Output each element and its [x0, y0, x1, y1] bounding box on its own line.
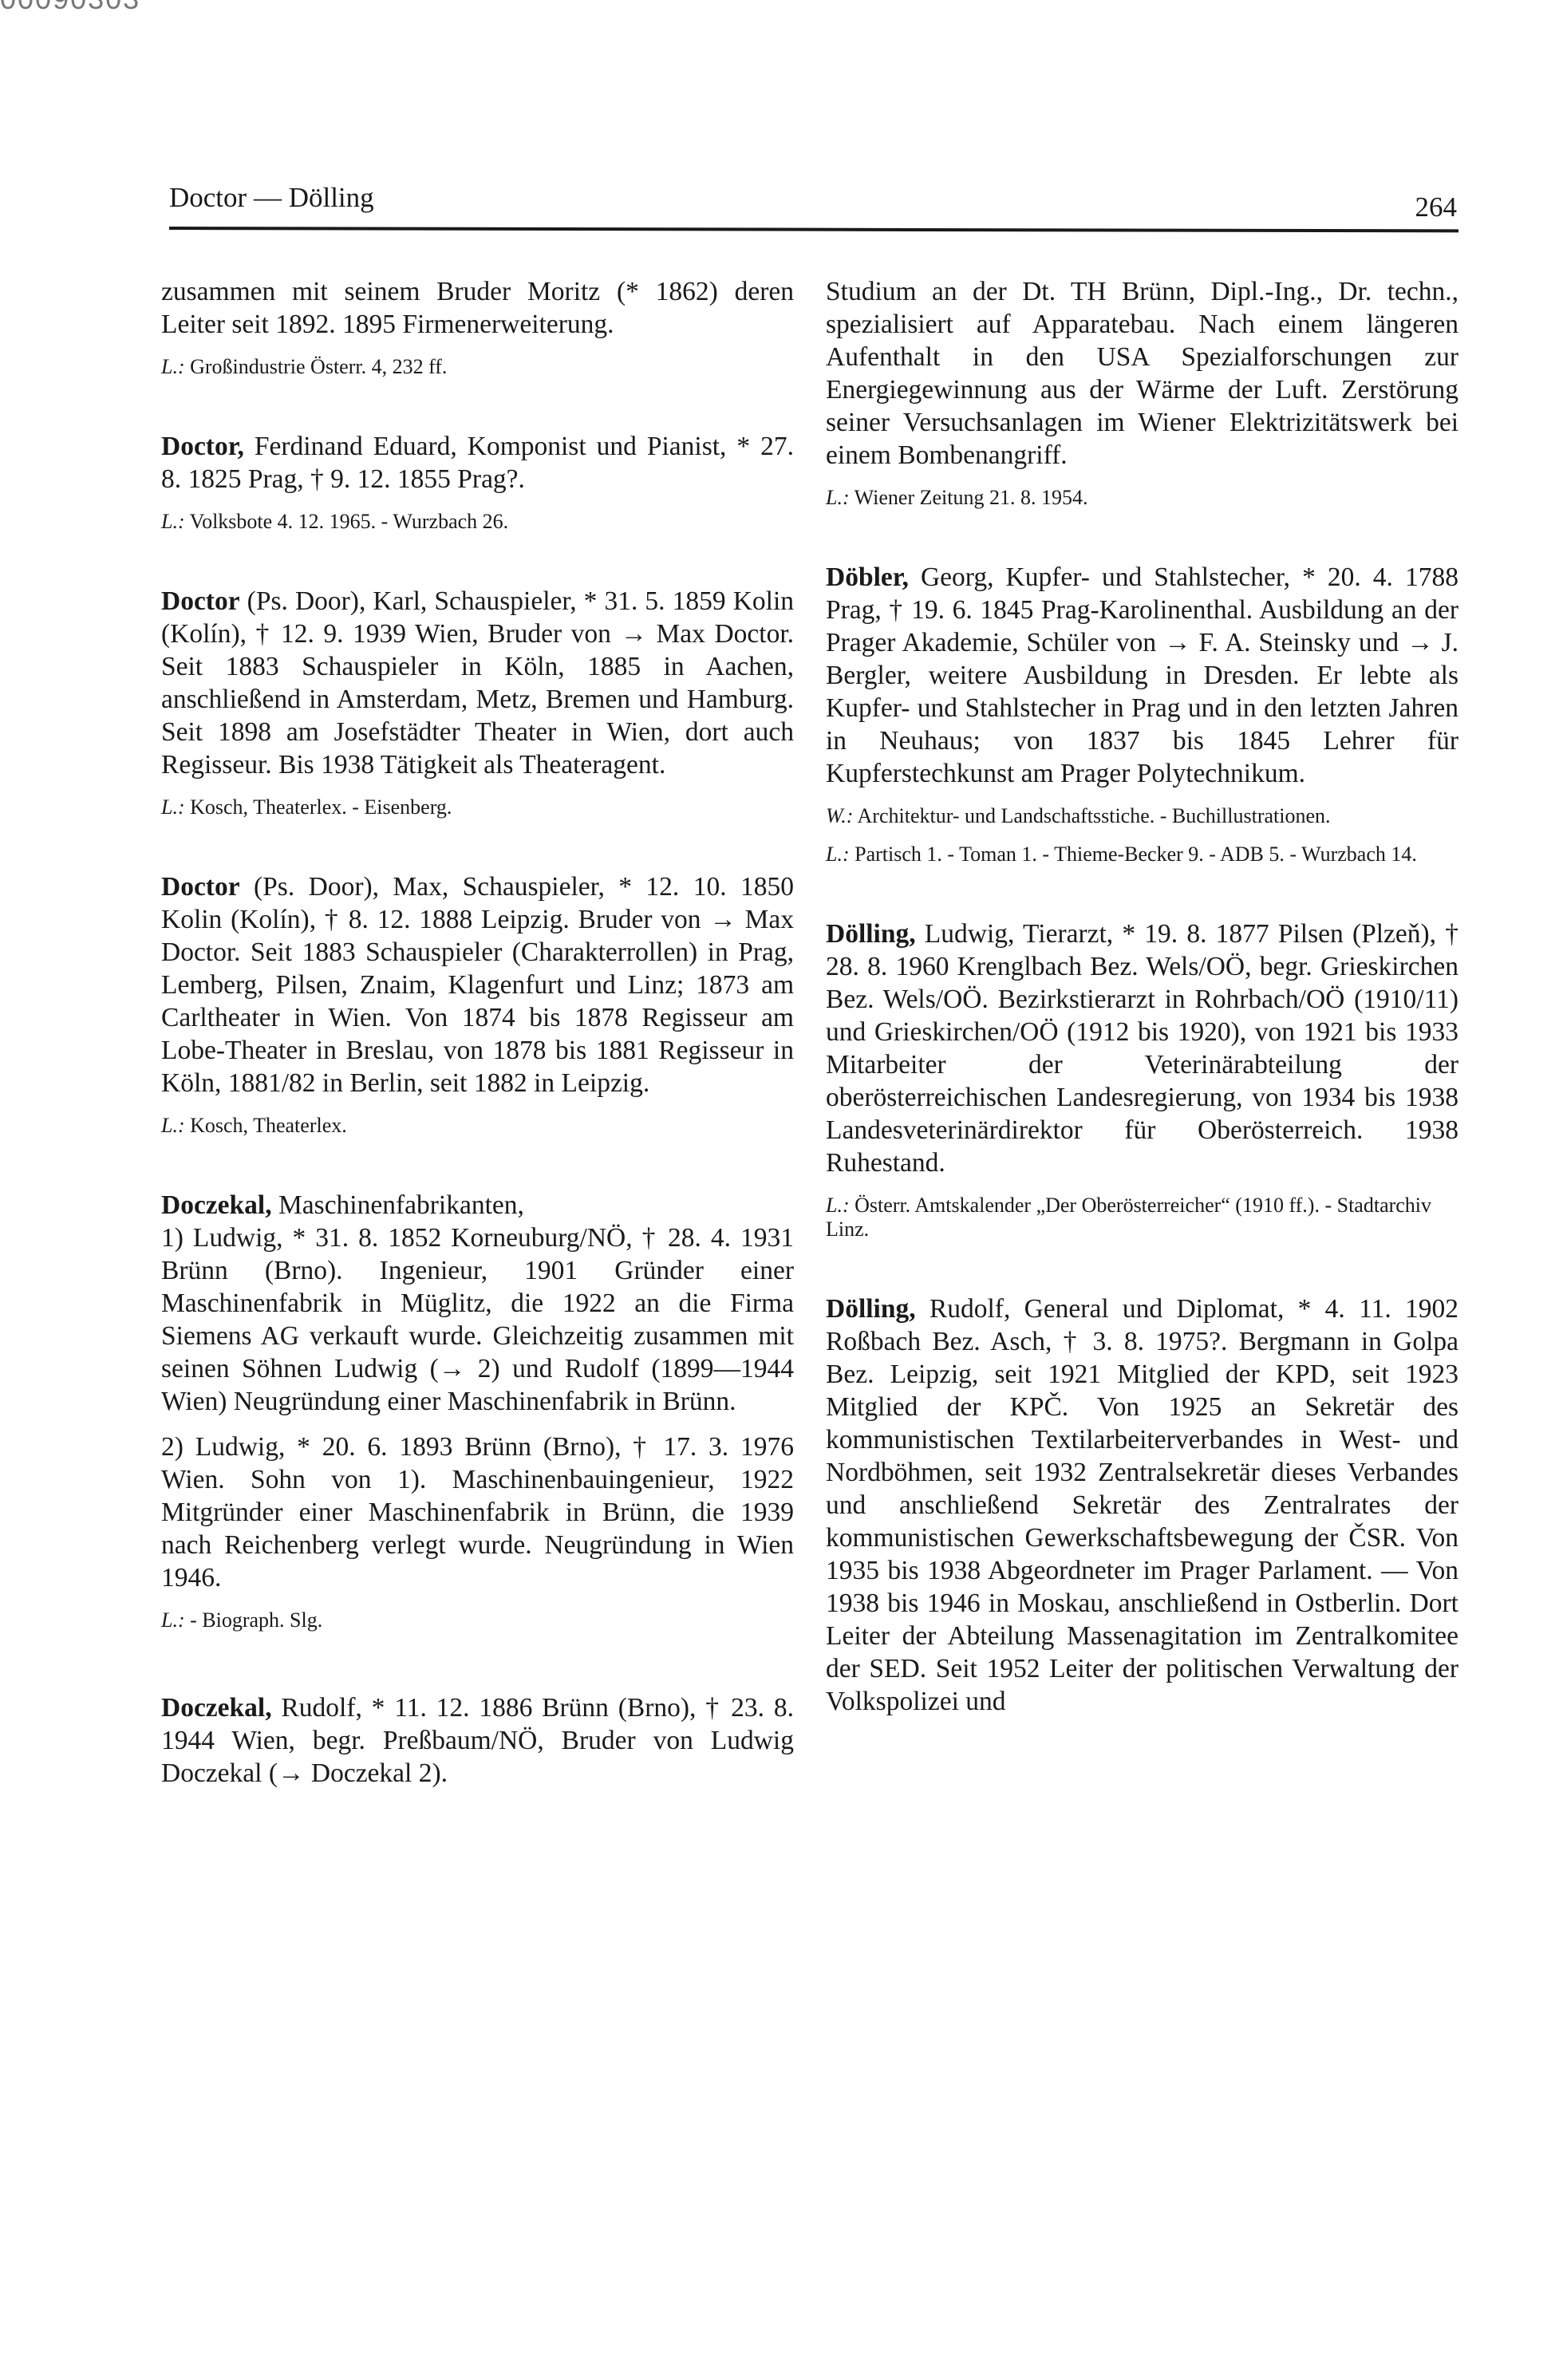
ref-label: L.:	[826, 843, 850, 866]
entry-subsection-2: 2) Ludwig, * 20. 6. 1893 Brünn (Brno), †…	[161, 1431, 794, 1594]
literature-ref: L.: - Biograph. Slg.	[161, 1608, 794, 1632]
literature-ref: L.: Wiener Zeitung 21. 8. 1954.	[826, 486, 1458, 510]
entry-text: Studium an der Dt. TH Brünn, Dipl.-Ing.,…	[826, 275, 1458, 472]
entry-lemma: Döbler,	[826, 562, 909, 592]
entry-text: (Ps. Door), Max, Schauspieler, * 12. 10.…	[161, 872, 794, 1098]
literature-ref: L.: Österr. Amtskalender „Der Oberösterr…	[826, 1194, 1458, 1241]
ref-text: Partisch 1. - Toman 1. - Thieme-Becker 9…	[855, 843, 1417, 866]
ref-text: Wiener Zeitung 21. 8. 1954.	[855, 486, 1088, 509]
ref-label: L.:	[161, 355, 185, 378]
ref-text: Kosch, Theaterlex. - Eisenberg.	[190, 795, 452, 819]
entry-subsection-1: 1) Ludwig, * 31. 8. 1852 Korneuburg/NÖ, …	[161, 1222, 794, 1418]
entry-text: Rudolf, General und Diplomat, * 4. 11. 1…	[826, 1294, 1458, 1716]
ref-label: L.:	[161, 510, 185, 533]
ref-text: - Biograph. Slg.	[190, 1608, 322, 1632]
entry-continuation-right: Studium an der Dt. TH Brünn, Dipl.-Ing.,…	[826, 275, 1458, 510]
entry-doctor-karl: Doctor (Ps. Door), Karl, Schauspieler, *…	[161, 585, 794, 819]
page-number: 264	[1415, 191, 1458, 223]
entry-lemma: Doczekal,	[161, 1190, 272, 1220]
ref-text: Österr. Amtskalender „Der Oberösterreich…	[826, 1194, 1431, 1241]
entry-text: Georg, Kupfer- und Stahlstecher, * 20. 4…	[826, 562, 1458, 788]
entry-text: (Ps. Door), Karl, Schauspieler, * 31. 5.…	[161, 586, 794, 780]
entry-lemma: Doctor,	[161, 432, 244, 461]
works-label: W.:	[826, 804, 853, 827]
entry-text: Ludwig, Tierarzt, * 19. 8. 1877 Pilsen (…	[826, 919, 1458, 1178]
ref-text: Kosch, Theaterlex.	[190, 1114, 347, 1137]
entry-doczekal-rudolf: Doczekal, Rudolf, * 11. 12. 1886 Brünn (…	[161, 1691, 794, 1790]
header-rule	[169, 227, 1458, 232]
entry-text: Ferdinand Eduard, Komponist und Pianist,…	[161, 432, 794, 494]
entry-doelling-ludwig: Dölling, Ludwig, Tierarzt, * 19. 8. 1877…	[826, 918, 1458, 1241]
scan-id: 00090303	[0, 0, 140, 16]
literature-ref: L.: Volksbote 4. 12. 1965. - Wurzbach 26…	[161, 510, 794, 534]
entry-doctor-ferdinand: Doctor, Ferdinand Eduard, Komponist und …	[161, 430, 794, 534]
running-head: Doctor — Dölling	[169, 182, 374, 214]
entry-text: Maschinenfabrikanten,	[272, 1190, 524, 1220]
ref-label: L.:	[826, 486, 850, 509]
literature-ref: L.: Kosch, Theaterlex. - Eisenberg.	[161, 795, 794, 819]
left-column: zusammen mit seinem Bruder Moritz (* 186…	[161, 275, 794, 1814]
entry-text: zusammen mit seinem Bruder Moritz (* 186…	[161, 275, 794, 341]
entry-lemma: Dölling,	[826, 1294, 916, 1324]
literature-ref: L.: Kosch, Theaterlex.	[161, 1114, 794, 1138]
ref-label: L.:	[826, 1194, 850, 1217]
works-ref: W.: Architektur- und Landschaftsstiche. …	[826, 804, 1458, 828]
literature-ref: L.: Partisch 1. - Toman 1. - Thieme-Beck…	[826, 843, 1458, 866]
entry-lemma: Doczekal,	[161, 1693, 272, 1723]
works-text: Architektur- und Landschaftsstiche. - Bu…	[858, 804, 1331, 827]
entry-lemma: Doctor	[161, 872, 240, 902]
right-column: Studium an der Dt. TH Brünn, Dipl.-Ing.,…	[826, 275, 1458, 1742]
ref-label: L.:	[161, 795, 185, 819]
entry-doctor-max: Doctor (Ps. Door), Max, Schauspieler, * …	[161, 870, 794, 1138]
ref-label: L.:	[161, 1608, 185, 1632]
literature-ref: L.: Großindustrie Österr. 4, 232 ff.	[161, 355, 794, 379]
ref-text: Volksbote 4. 12. 1965. - Wurzbach 26.	[190, 510, 509, 533]
entry-doelling-rudolf: Dölling, Rudolf, General und Diplomat, *…	[826, 1293, 1458, 1718]
entry-doebler-georg: Döbler, Georg, Kupfer- und Stahlstecher,…	[826, 561, 1458, 866]
entry-lemma: Dölling,	[826, 919, 916, 949]
entry-lemma: Doctor	[161, 586, 240, 616]
ref-text: Großindustrie Österr. 4, 232 ff.	[190, 355, 447, 378]
entry-continuation-left: zusammen mit seinem Bruder Moritz (* 186…	[161, 275, 794, 379]
entry-doczekal-family: Doczekal, Maschinenfabrikanten, 1) Ludwi…	[161, 1189, 794, 1632]
ref-label: L.:	[161, 1114, 185, 1137]
